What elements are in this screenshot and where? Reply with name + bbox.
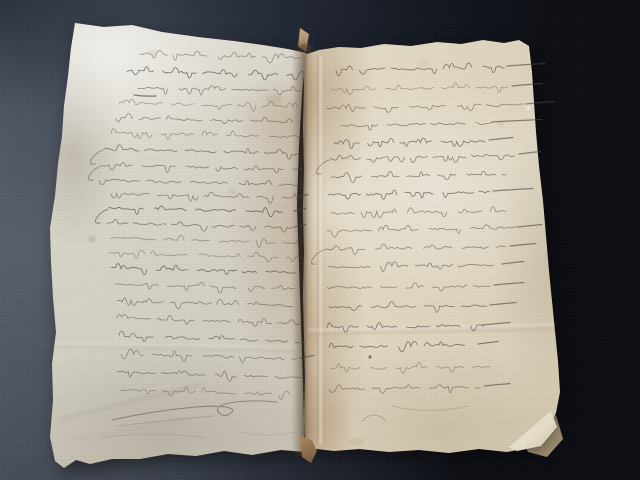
center-fold-shadow: [292, 44, 314, 456]
foxing-spot: [88, 236, 96, 242]
dust-speck: [526, 105, 530, 110]
foxing-spot: [266, 94, 282, 105]
foxing-spot: [497, 121, 504, 126]
foxing-spot: [148, 50, 157, 56]
vertical-fold-crease: [317, 56, 324, 444]
foxing-spot: [229, 189, 236, 194]
manuscript-photo: [0, 0, 640, 480]
foxing-spot: [418, 59, 429, 66]
foxing-spot: [350, 438, 364, 446]
